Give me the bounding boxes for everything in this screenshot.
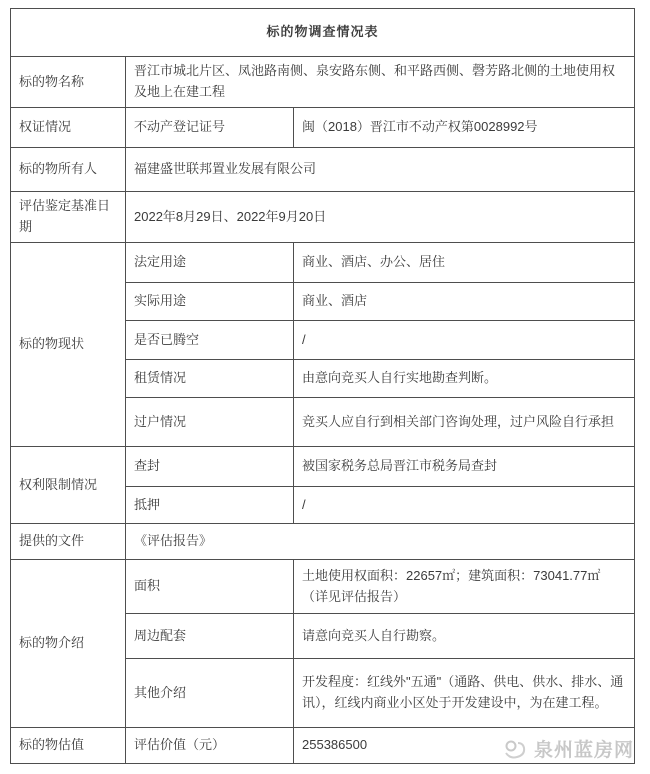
status-lease-value: 由意向竞买人自行实地勘查判断。 <box>294 360 635 398</box>
subject-name-label: 标的物名称 <box>11 57 126 108</box>
documents-value: 《评估报告》 <box>126 524 635 560</box>
intro-area-value: 土地使用权面积：22657㎡；建筑面积：73041.77㎡（详见评估报告） <box>294 560 635 614</box>
subject-investigation-table: 标的物调查情况表 标的物名称 晋江市城北片区、凤池路南侧、泉安路东侧、和平路西侧… <box>10 8 635 764</box>
table-row: 标的物所有人 福建盛世联邦置业发展有限公司 <box>11 148 635 192</box>
intro-area-field: 面积 <box>126 560 294 614</box>
documents-label: 提供的文件 <box>11 524 126 560</box>
table-row: 标的物调查情况表 <box>11 9 635 57</box>
restriction-seizure-field: 查封 <box>126 447 294 487</box>
status-actual-use-value: 商业、酒店 <box>294 283 635 321</box>
watermark-text: 泉州蓝房网 <box>534 735 634 762</box>
introduction-group-label: 标的物介绍 <box>11 560 126 728</box>
valuation-field: 评估价值（元） <box>126 728 294 764</box>
restriction-mortgage-field: 抵押 <box>126 487 294 524</box>
watermark: 泉州蓝房网 <box>501 735 634 762</box>
status-transfer-field: 过户情况 <box>126 398 294 447</box>
restrictions-group-label: 权利限制情况 <box>11 447 126 524</box>
intro-other-value: 开发程度：红线外"五通"（通路、供电、供水、排水、通讯），红线内商业小区处于开发… <box>294 659 635 728</box>
subject-name-value: 晋江市城北片区、凤池路南侧、泉安路东侧、和平路西侧、磬芳路北侧的土地使用权及地上… <box>126 57 635 108</box>
intro-surroundings-value: 请意向竞买人自行勘察。 <box>294 614 635 659</box>
table-row: 提供的文件 《评估报告》 <box>11 524 635 560</box>
status-vacated-field: 是否已腾空 <box>126 321 294 360</box>
certificate-label: 权证情况 <box>11 108 126 148</box>
status-vacated-value: / <box>294 321 635 360</box>
certificate-field: 不动产登记证号 <box>126 108 294 148</box>
valuation-date-value: 2022年8月29日、2022年9月20日 <box>126 192 635 243</box>
table-row: 标的物介绍 面积 土地使用权面积：22657㎡；建筑面积：73041.77㎡（详… <box>11 560 635 614</box>
table-row: 标的物名称 晋江市城北片区、凤池路南侧、泉安路东侧、和平路西侧、磬芳路北侧的土地… <box>11 57 635 108</box>
table-row: 权证情况 不动产登记证号 闽（2018）晋江市不动产权第0028992号 <box>11 108 635 148</box>
status-lease-field: 租赁情况 <box>126 360 294 398</box>
document-page: { "title": "标的物调查情况表", "colors": { "bord… <box>0 0 650 774</box>
status-group-label: 标的物现状 <box>11 243 126 447</box>
owner-value: 福建盛世联邦置业发展有限公司 <box>126 148 635 192</box>
status-transfer-value: 竞买人应自行到相关部门咨询处理，过户风险自行承担 <box>294 398 635 447</box>
owner-label: 标的物所有人 <box>11 148 126 192</box>
table-row: 标的物现状 法定用途 商业、酒店、办公、居住 <box>11 243 635 283</box>
restriction-mortgage-value: / <box>294 487 635 524</box>
intro-surroundings-field: 周边配套 <box>126 614 294 659</box>
table-row: 评估鉴定基准日期 2022年8月29日、2022年9月20日 <box>11 192 635 243</box>
lanfang-logo-icon <box>501 737 531 761</box>
page-title: 标的物调查情况表 <box>11 9 635 57</box>
restriction-seizure-value: 被国家税务总局晋江市税务局查封 <box>294 447 635 487</box>
intro-other-field: 其他介绍 <box>126 659 294 728</box>
status-actual-use-field: 实际用途 <box>126 283 294 321</box>
status-legal-use-field: 法定用途 <box>126 243 294 283</box>
table-row: 权利限制情况 查封 被国家税务总局晋江市税务局查封 <box>11 447 635 487</box>
valuation-date-label: 评估鉴定基准日期 <box>11 192 126 243</box>
certificate-value: 闽（2018）晋江市不动产权第0028992号 <box>294 108 635 148</box>
valuation-label: 标的物估值 <box>11 728 126 764</box>
status-legal-use-value: 商业、酒店、办公、居住 <box>294 243 635 283</box>
